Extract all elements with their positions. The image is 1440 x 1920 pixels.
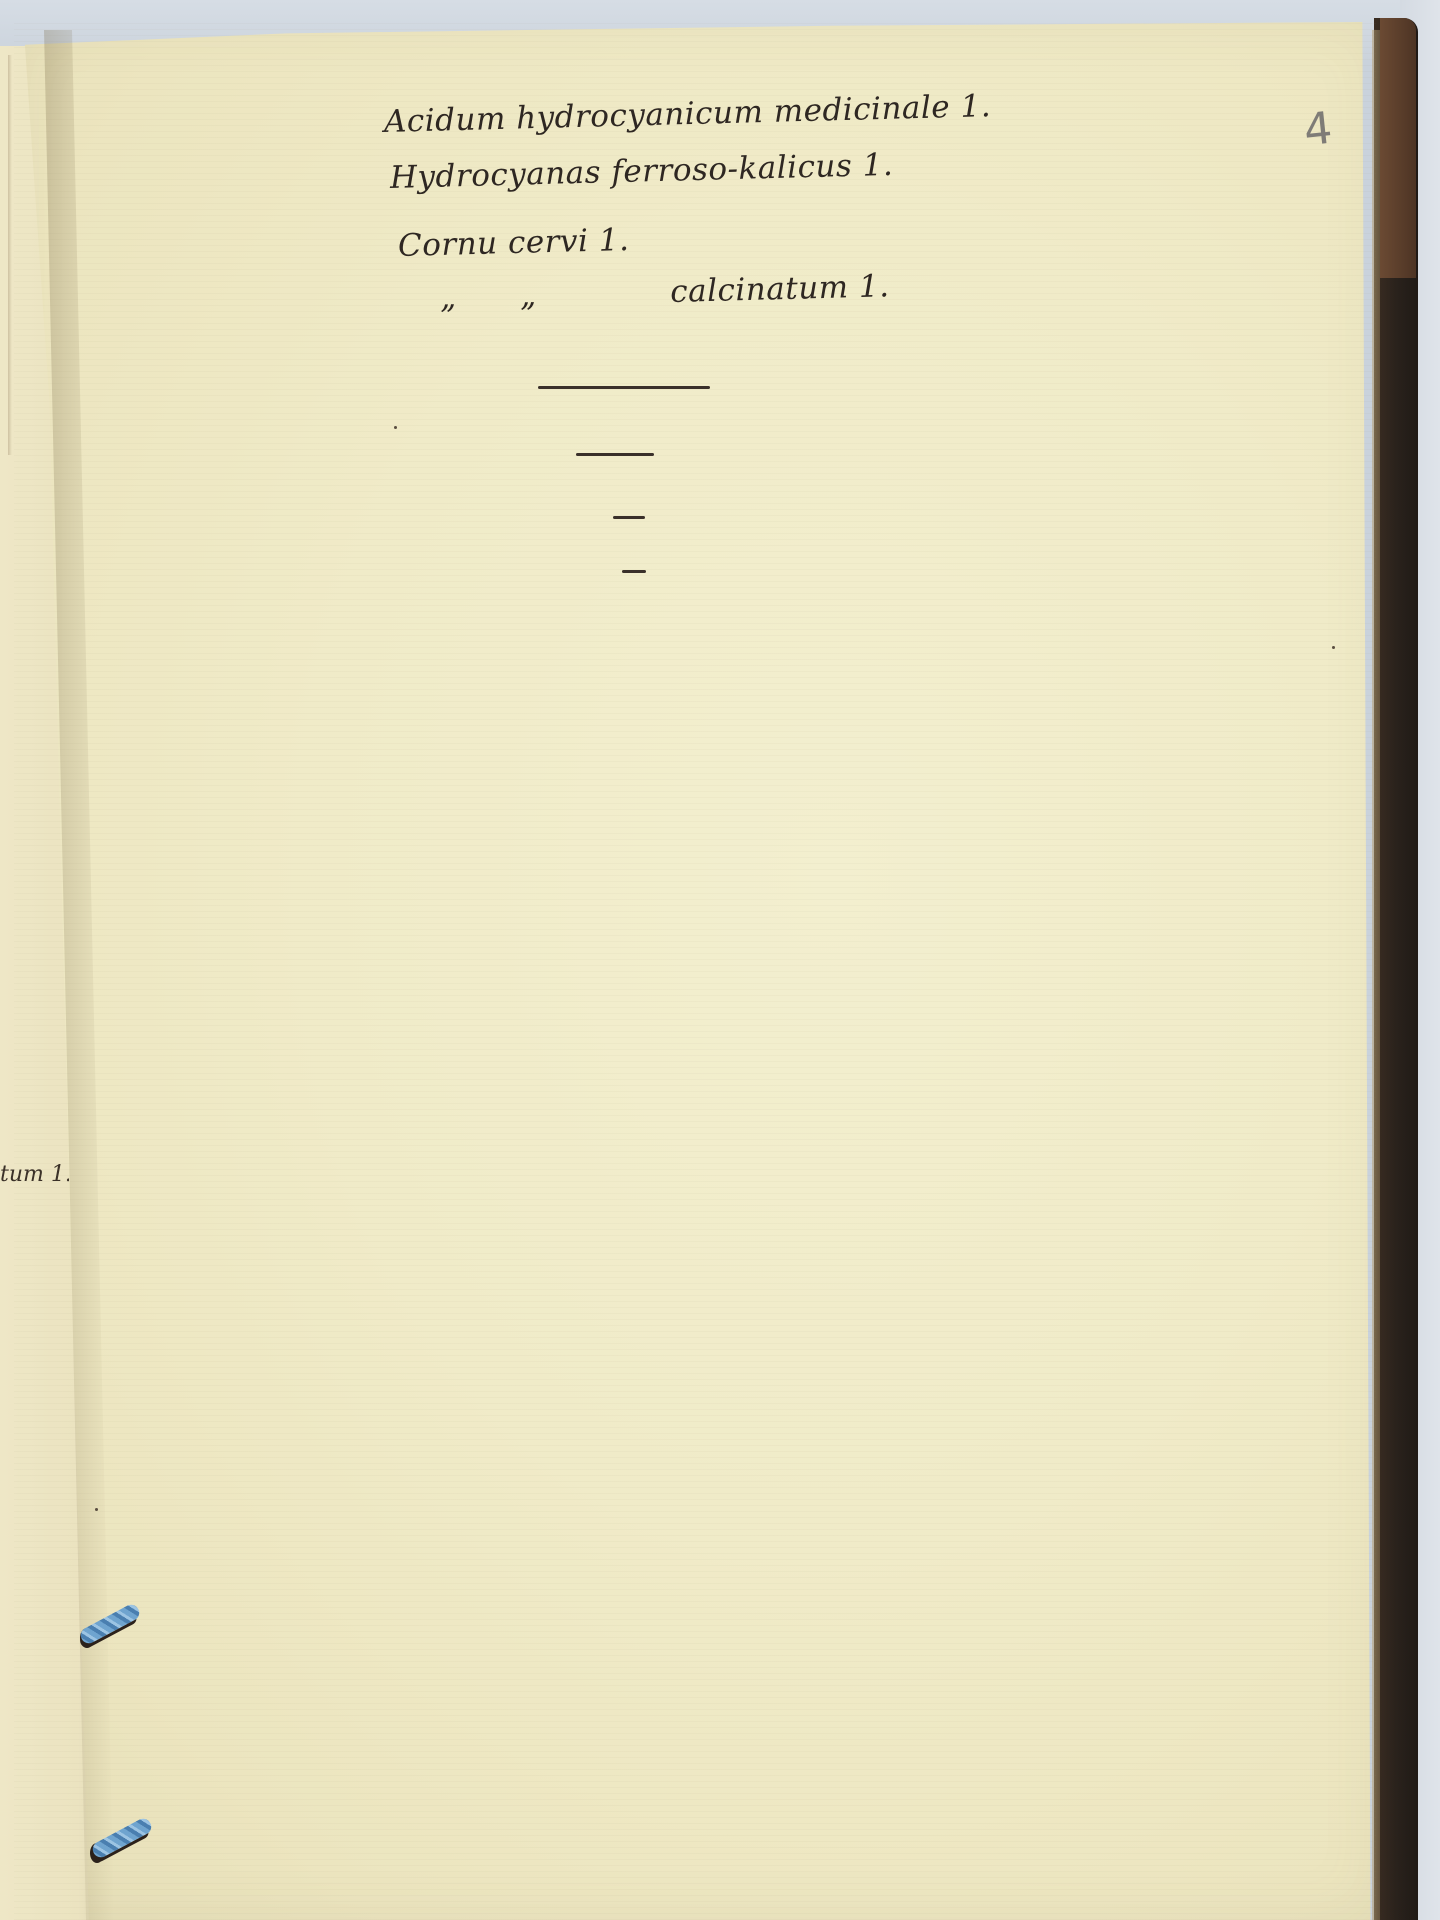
entry-count: 1. [862,147,894,184]
page-number: 4 [1301,103,1334,157]
closing-rule [538,386,710,389]
ditto-mark: „ [440,278,521,316]
ink-speck [394,426,397,429]
ink-speck [1332,646,1335,649]
entry-count: 1. [598,222,630,259]
closing-rule [576,453,654,456]
entry-text: Cornu cervi [398,223,589,264]
entry-text: calcinatum [670,269,849,310]
ditto-mark: „ [520,274,661,314]
ink-speck [95,1508,98,1511]
book-cover-spine [1374,18,1418,1920]
closing-rule [613,516,645,519]
entry-3: Cornu cervi 1. [398,222,630,264]
page-block-edge [1372,30,1380,1920]
facing-page-edge [8,55,12,455]
facing-page-text-fragment: tum 1. [0,1162,72,1187]
leather-corner [1380,18,1416,278]
closing-rule [622,570,646,573]
entry-count: 1. [960,88,992,125]
entry-count: 1. [858,268,890,305]
